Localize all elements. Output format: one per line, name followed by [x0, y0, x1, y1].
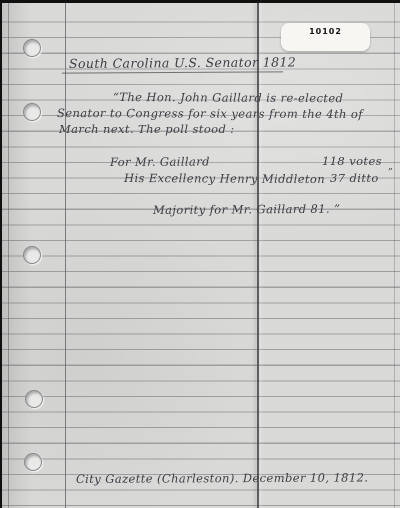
excerpt-line-2: Senator to Congress for six years from t…: [57, 106, 363, 121]
poll-row-middleton-value: 37 ditto: [330, 171, 379, 185]
excerpt-line-3: March next. The poll stood :: [59, 122, 235, 136]
binder-hole-1: [23, 39, 41, 57]
binder-hole-5: [24, 453, 42, 471]
citation-line: City Gazette (Charleston). December 10, …: [76, 470, 368, 486]
catalog-sticker: 10102: [281, 23, 370, 51]
notebook-paper: 10102 South Carolina U.S. Senator 1812 “…: [2, 3, 400, 508]
binder-hole-2: [23, 103, 41, 121]
poll-row-middleton-name: His Excellency Henry Middleton: [124, 171, 325, 186]
binder-hole-3: [23, 246, 41, 264]
margin-rule-line: [65, 3, 66, 508]
ditto-quote-mark: ”: [388, 168, 393, 178]
scanned-notebook-page: 10102 South Carolina U.S. Senator 1812 “…: [0, 0, 400, 508]
catalog-number: 10102: [281, 27, 370, 36]
page-left-edge-shadow: [8, 3, 9, 508]
poll-row-gaillard-value: 118 votes: [322, 154, 382, 168]
poll-row-gaillard-name: For Mr. Gaillard: [110, 154, 210, 169]
note-title: South Carolina U.S. Senator 1812: [69, 54, 296, 71]
binder-hole-4: [25, 390, 43, 408]
center-fold-crease: [257, 3, 259, 508]
majority-line: Majority for Mr. Gaillard 81. ”: [153, 202, 340, 217]
right-fold-crease: [394, 3, 395, 508]
excerpt-line-1: “The Hon. John Gaillard is re-elected: [113, 90, 343, 105]
title-underline: [62, 71, 283, 74]
